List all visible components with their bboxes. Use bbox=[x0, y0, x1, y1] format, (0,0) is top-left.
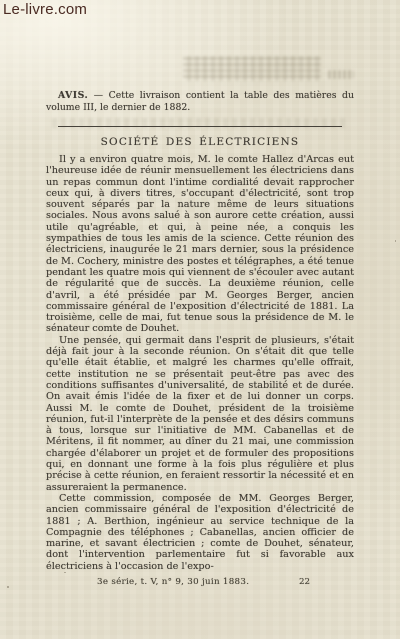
publisher-notice: AVIS. — Cette livraison contient la tabl… bbox=[46, 90, 354, 113]
page-footer: 3e série, t. V, n° 9, 30 juin 1883. 22 bbox=[46, 577, 354, 587]
article-paragraph: Une pensée, qui germait dans l'esprit de… bbox=[46, 335, 354, 493]
scan-speck bbox=[395, 240, 396, 242]
scanned-page: Le-livre.com AVIS. — Cette livraison con… bbox=[0, 0, 400, 639]
bleedthrough-smudge bbox=[328, 70, 354, 79]
scan-speck bbox=[64, 572, 66, 573]
notice-text: — Cette livraison contient la table des … bbox=[46, 90, 354, 113]
section-divider bbox=[58, 126, 342, 127]
bleedthrough-smudge bbox=[183, 56, 321, 81]
article-paragraph: Il y a environ quatre mois, M. le comte … bbox=[46, 154, 354, 335]
watermark-text: Le-livre.com bbox=[3, 1, 87, 18]
notice-label: AVIS. bbox=[58, 90, 88, 101]
page-content: AVIS. — Cette livraison contient la tabl… bbox=[46, 90, 354, 587]
page-title: SOCIÉTÉ DES ÉLECTRICIENS bbox=[46, 136, 354, 148]
article-paragraph: Cette commission, composée de MM. George… bbox=[46, 493, 354, 572]
edition-line: 3e série, t. V, n° 9, 30 juin 1883. bbox=[97, 577, 249, 587]
signature-number: 22 bbox=[299, 577, 310, 587]
scan-speck bbox=[7, 586, 9, 588]
